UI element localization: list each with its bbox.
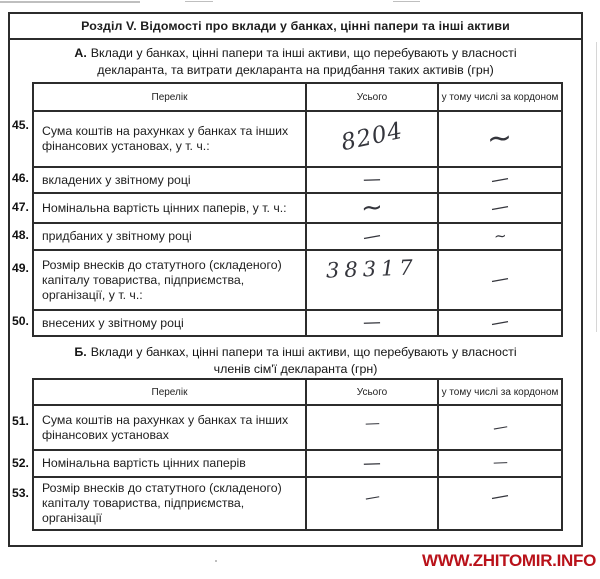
row-number: 46. bbox=[12, 171, 36, 185]
handwritten-dash: — bbox=[362, 226, 383, 247]
row-46-abroad-cell: — bbox=[437, 168, 561, 192]
row-50-abroad-cell: — bbox=[437, 311, 561, 335]
column-header-abroad: у тому числі за кордоном bbox=[437, 380, 561, 404]
row-45-label: Сума коштів на рахунках у банках та інши… bbox=[34, 112, 305, 166]
handwritten-dash: — bbox=[490, 313, 511, 334]
row-number: 49. bbox=[12, 261, 36, 275]
handwritten-value: 8204 bbox=[339, 119, 405, 155]
row-number: 53. bbox=[12, 486, 36, 500]
row-number: 48. bbox=[12, 228, 36, 242]
row-53-label: Розмір внесків до статутного (складеного… bbox=[34, 478, 305, 529]
table-row-46: вкладених у звітному році — — bbox=[34, 166, 561, 192]
column-header-list: Перелік bbox=[34, 84, 305, 110]
row-number: 45. bbox=[12, 118, 36, 132]
row-49-abroad-cell: — bbox=[437, 251, 561, 309]
row-48-total-cell: — bbox=[305, 224, 437, 249]
column-header-total: Усього bbox=[305, 380, 437, 404]
handwritten-dash: — bbox=[490, 170, 511, 191]
table-b-header-row: Перелік Усього у тому числі за кордоном bbox=[34, 380, 561, 404]
section-b-heading-text: Вклади у банках, цінні папери та інші ак… bbox=[91, 345, 517, 359]
handwritten-dash: ∼ bbox=[493, 229, 507, 245]
section-a-letter: А. bbox=[74, 46, 86, 60]
section-b-heading: Б.Вклади у банках, цінні папери та інші … bbox=[8, 344, 583, 377]
scan-artifact-dot bbox=[215, 560, 217, 562]
section-a-heading-text: Вклади у банках, цінні папери та інші ак… bbox=[91, 46, 517, 60]
handwritten-dash: — bbox=[363, 454, 382, 473]
table-row-51: Сума коштів на рахунках у банках та інши… bbox=[34, 404, 561, 449]
row-52-total-cell: — bbox=[305, 451, 437, 476]
handwritten-dash: — bbox=[490, 487, 511, 508]
row-45-abroad-cell: ∼ bbox=[437, 112, 561, 166]
row-50-label: внесених у звітному році bbox=[34, 311, 305, 335]
row-46-label: вкладених у звітному році bbox=[34, 168, 305, 192]
row-number: 51. bbox=[12, 414, 36, 428]
row-51-abroad-cell: — bbox=[437, 406, 561, 449]
scan-artifact-line bbox=[393, 1, 420, 2]
column-header-list: Перелік bbox=[34, 380, 305, 404]
row-49-total-cell: 38317 bbox=[305, 251, 437, 309]
row-47-abroad-cell: — bbox=[437, 194, 561, 222]
scan-artifact-line bbox=[0, 1, 140, 3]
section-b-letter: Б. bbox=[74, 345, 86, 359]
section-v-title: Розділ V. Відомості про вклади у банках,… bbox=[10, 14, 581, 40]
table-declarant-assets: Перелік Усього у тому числі за кордоном … bbox=[32, 82, 563, 337]
table-row-48: придбаних у звітному році — ∼ bbox=[34, 222, 561, 249]
handwritten-dash: — bbox=[492, 455, 508, 471]
table-row-49: Розмір внесків до статутного (складеного… bbox=[34, 249, 561, 309]
table-row-45: Сума коштів на рахунках у банках та інши… bbox=[34, 110, 561, 166]
table-row-52: Номінальна вартість цінних паперів — — bbox=[34, 449, 561, 476]
table-row-50: внесених у звітному році — — bbox=[34, 309, 561, 335]
section-a-heading-line1: А.Вклади у банках, цінні папери та інші … bbox=[8, 45, 583, 62]
row-49-label: Розмір внесків до статутного (складеного… bbox=[34, 251, 305, 309]
row-45-total-cell: 8204 bbox=[305, 112, 437, 166]
row-48-abroad-cell: ∼ bbox=[437, 224, 561, 249]
row-46-total-cell: — bbox=[305, 168, 437, 192]
row-53-total-cell: — bbox=[305, 478, 437, 529]
handwritten-dash: — bbox=[491, 419, 508, 436]
column-header-abroad: у тому числі за кордоном bbox=[437, 84, 561, 110]
section-b-heading-line1: Б.Вклади у банках, цінні папери та інші … bbox=[8, 344, 583, 361]
row-48-label: придбаних у звітному році bbox=[34, 224, 305, 249]
handwritten-dash: — bbox=[363, 314, 382, 333]
table-a-header-row: Перелік Усього у тому числі за кордоном bbox=[34, 84, 561, 110]
handwritten-dash: ∼ bbox=[486, 123, 513, 155]
row-51-label: Сума коштів на рахунках у банках та інши… bbox=[34, 406, 305, 449]
row-52-abroad-cell: — bbox=[437, 451, 561, 476]
handwritten-dash: — bbox=[490, 198, 511, 219]
row-53-abroad-cell: — bbox=[437, 478, 561, 529]
handwritten-dash: — bbox=[364, 416, 380, 432]
section-a-heading-line2: декларанта, та витрати декларанта на при… bbox=[8, 62, 583, 79]
table-family-assets: Перелік Усього у тому числі за кордоном … bbox=[32, 378, 563, 531]
handwritten-dash: — bbox=[490, 270, 511, 291]
row-47-label: Номінальна вартість цінних паперів, у т.… bbox=[34, 194, 305, 222]
scan-artifact-line bbox=[596, 42, 597, 332]
row-47-total-cell: ∼ bbox=[305, 194, 437, 222]
row-number: 52. bbox=[12, 456, 36, 470]
column-header-total: Усього bbox=[305, 84, 437, 110]
scan-artifact-line bbox=[185, 1, 213, 2]
handwritten-dash: — bbox=[363, 489, 380, 506]
section-a-heading: А.Вклади у банках, цінні папери та інші … bbox=[8, 45, 583, 78]
row-51-total-cell: — bbox=[305, 406, 437, 449]
zhitomir-watermark: WWW.ZHITOMIR.INFO bbox=[422, 551, 596, 571]
row-50-total-cell: — bbox=[305, 311, 437, 335]
table-row-47: Номінальна вартість цінних паперів, у т.… bbox=[34, 192, 561, 222]
row-number: 47. bbox=[12, 200, 36, 214]
row-52-label: Номінальна вартість цінних паперів bbox=[34, 451, 305, 476]
section-b-heading-line2: членів сім'ї декларанта (грн) bbox=[8, 361, 583, 378]
row-number: 50. bbox=[12, 314, 36, 328]
handwritten-dash: ∼ bbox=[360, 194, 384, 221]
table-row-53: Розмір внесків до статутного (складеного… bbox=[34, 476, 561, 529]
handwritten-value: 38317 bbox=[326, 257, 418, 281]
handwritten-dash: — bbox=[363, 171, 382, 190]
